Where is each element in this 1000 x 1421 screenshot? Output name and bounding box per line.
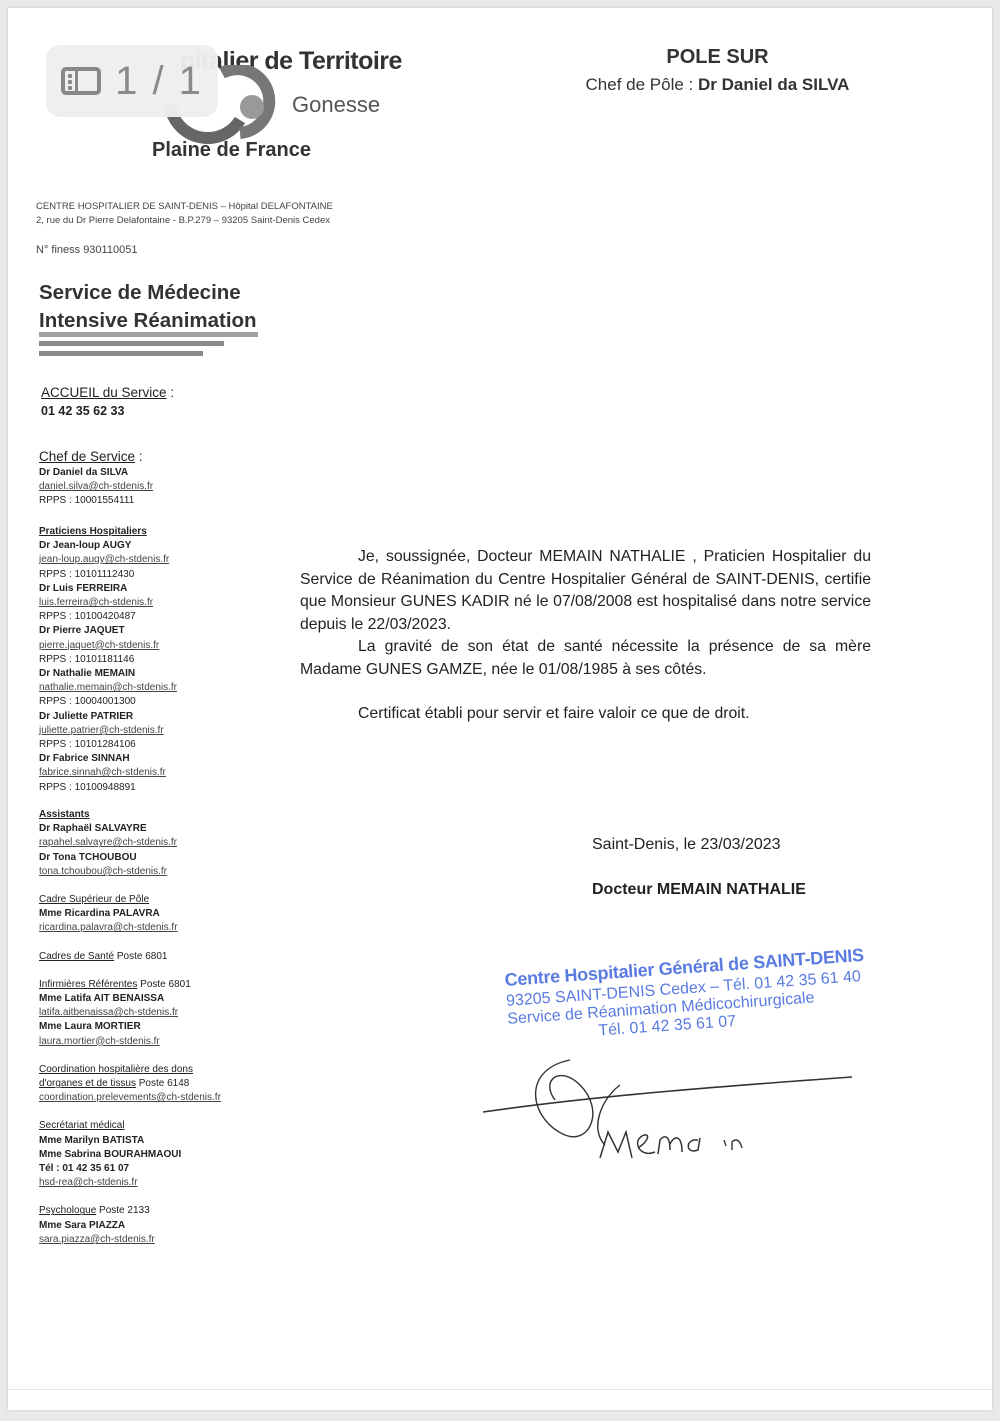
- signatory-name: Docteur MEMAIN NATHALIE: [592, 881, 806, 899]
- chef-service-sep: :: [135, 449, 143, 464]
- assistant-name: Dr Tona TCHOUBOU: [39, 851, 221, 865]
- praticien-email[interactable]: luis.ferreira@ch-stdenis.fr: [39, 596, 177, 610]
- address-line-1: CENTRE HOSPITALIER DE SAINT-DENIS – Hôpi…: [36, 201, 333, 212]
- pole-chef: Chef de Pôle : Dr Daniel da SILVA: [560, 75, 875, 95]
- assistant-email[interactable]: rapahel.salvayre@ch-stdenis.fr: [39, 836, 221, 850]
- sidebar-toggle-icon[interactable]: [61, 67, 101, 95]
- psychologue-poste: Poste 2133: [96, 1205, 149, 1216]
- page-edge: [8, 1389, 992, 1390]
- praticien-rpps: RPPS : 10101112430: [39, 568, 177, 582]
- coordination-label-2: d'organes et de tissus: [39, 1078, 136, 1089]
- page-indicator[interactable]: 1 / 1: [46, 45, 218, 117]
- praticiens-block: Praticiens Hospitaliers Dr Jean-loup AUG…: [39, 525, 177, 795]
- pole-chef-label: Chef de Pôle :: [586, 75, 698, 94]
- praticiens-list: Dr Jean-loup AUGYjean-loup.augy@ch-stden…: [39, 539, 177, 795]
- pole-title: POLE SUR: [560, 46, 875, 69]
- praticien-name: Dr Jean-loup AUGY: [39, 539, 177, 553]
- assistant-email[interactable]: tona.tchoubou@ch-stdenis.fr: [39, 865, 221, 879]
- handwritten-signature-icon: [480, 1040, 880, 1170]
- infirmiere-name: Mme Latifa AIT BENAISSA: [39, 992, 221, 1006]
- chef-service-name: Dr Daniel da SILVA: [39, 466, 153, 480]
- assistant-name: Dr Raphaël SALVAYRE: [39, 822, 221, 836]
- praticien-name: Dr Fabrice SINNAH: [39, 752, 177, 766]
- assistants-list: Dr Raphaël SALVAYRErapahel.salvayre@ch-s…: [39, 822, 221, 879]
- service-title-line-2: Intensive Réanimation: [39, 307, 257, 335]
- secretariat-tel: Tél : 01 42 35 61 07: [39, 1162, 221, 1176]
- praticien-email[interactable]: fabrice.sinnah@ch-stdenis.fr: [39, 766, 177, 780]
- pole-chef-name: Dr Daniel da SILVA: [698, 75, 849, 94]
- redaction-bar: [39, 332, 258, 337]
- secretariat-name: Mme Sabrina BOURAHMAOUI: [39, 1148, 221, 1162]
- praticien-rpps: RPPS : 10100948891: [39, 781, 177, 795]
- page-count: 1 / 1: [115, 59, 203, 104]
- assistants-block: Assistants Dr Raphaël SALVAYRErapahel.sa…: [39, 808, 221, 1247]
- finess-number: N° finess 930110051: [36, 244, 137, 256]
- praticien-name: Dr Nathalie MEMAIN: [39, 667, 177, 681]
- certificate-paragraph-1: Je, soussignée, Docteur MEMAIN NATHALIE …: [300, 546, 871, 636]
- infirmieres-list: Mme Latifa AIT BENAISSAlatifa.aitbenaiss…: [39, 992, 221, 1049]
- praticien-name: Dr Juliette PATRIER: [39, 710, 177, 724]
- certificate-paragraph-3: Certificat établi pour servir et faire v…: [300, 703, 871, 726]
- praticien-email[interactable]: juliette.patrier@ch-stdenis.fr: [39, 724, 177, 738]
- cadre-sup-label: Cadre Supérieur de Pôle: [39, 893, 221, 907]
- praticien-rpps: RPPS : 10100420487: [39, 610, 177, 624]
- address-line-2: 2, rue du Dr Pierre Delafontaine - B.P.2…: [36, 215, 330, 226]
- secretariat-email[interactable]: hsd-rea@ch-stdenis.fr: [39, 1176, 221, 1190]
- cadre-sup-name: Mme Ricardina PALAVRA: [39, 907, 221, 921]
- chef-service-block: Chef de Service : Dr Daniel da SILVA dan…: [39, 448, 153, 509]
- certificate-body: Je, soussignée, Docteur MEMAIN NATHALIE …: [300, 546, 871, 726]
- service-title-line-1: Service de Médecine: [39, 279, 257, 307]
- chef-service-rpps: RPPS : 10001554111: [39, 494, 153, 508]
- praticien-rpps: RPPS : 10004001300: [39, 695, 177, 709]
- infirmieres-poste: Poste 6801: [137, 979, 190, 990]
- staff-sidebar: ACCUEIL du Service : 01 42 35 62 33: [41, 384, 174, 420]
- praticien-email[interactable]: nathalie.memain@ch-stdenis.fr: [39, 681, 177, 695]
- infirmiere-email[interactable]: laura.mortier@ch-stdenis.fr: [39, 1035, 221, 1049]
- praticien-rpps: RPPS : 10101181146: [39, 653, 177, 667]
- accueil-sep: :: [167, 385, 175, 400]
- infirmiere-email[interactable]: latifa.aitbenaissa@ch-stdenis.fr: [39, 1006, 221, 1020]
- praticien-name: Dr Pierre JAQUET: [39, 624, 177, 638]
- praticien-email[interactable]: jean-loup.augy@ch-stdenis.fr: [39, 553, 177, 567]
- chef-service-label: Chef de Service: [39, 449, 135, 464]
- cadre-sup-email[interactable]: ricardina.palavra@ch-stdenis.fr: [39, 921, 221, 935]
- redaction-bar: [39, 341, 224, 346]
- cadres-sante-label: Cadres de Santé: [39, 951, 114, 962]
- praticien-name: Dr Luis FERREIRA: [39, 582, 177, 596]
- place-date: Saint-Denis, le 23/03/2023: [592, 836, 781, 854]
- psychologue-email[interactable]: sara.piazza@ch-stdenis.fr: [39, 1233, 221, 1247]
- infirmiere-name: Mme Laura MORTIER: [39, 1020, 221, 1034]
- praticien-rpps: RPPS : 10101284106: [39, 738, 177, 752]
- cadres-sante-poste: Poste 6801: [114, 951, 167, 962]
- logo-subtitle: Gonesse: [292, 92, 380, 118]
- infirmieres-label: Infirmières Référentes: [39, 979, 137, 990]
- coordination-email[interactable]: coordination.prelevements@ch-stdenis.fr: [39, 1091, 221, 1105]
- service-title: Service de Médecine Intensive Réanimatio…: [39, 279, 257, 335]
- secretariat-label: Secrétariat médical: [39, 1119, 221, 1133]
- coordination-poste: Poste 6148: [136, 1078, 189, 1089]
- redaction-bar: [39, 351, 203, 356]
- logo-bottom: Plaine de France: [152, 139, 311, 162]
- praticiens-label: Praticiens Hospitaliers: [39, 525, 177, 539]
- accueil-label: ACCUEIL du Service: [41, 385, 167, 400]
- praticien-email[interactable]: pierre.jaquet@ch-stdenis.fr: [39, 639, 177, 653]
- chef-service-email[interactable]: daniel.silva@ch-stdenis.fr: [39, 480, 153, 494]
- psychologue-label: Psychologue: [39, 1205, 96, 1216]
- certificate-paragraph-2: La gravité de son état de santé nécessit…: [300, 636, 871, 681]
- psychologue-name: Mme Sara PIAZZA: [39, 1219, 221, 1233]
- secretariat-name: Mme Marilyn BATISTA: [39, 1134, 221, 1148]
- accueil-phone: 01 42 35 62 33: [41, 402, 174, 420]
- assistants-label: Assistants: [39, 808, 221, 822]
- coordination-label-1: Coordination hospitalière des dons: [39, 1063, 221, 1077]
